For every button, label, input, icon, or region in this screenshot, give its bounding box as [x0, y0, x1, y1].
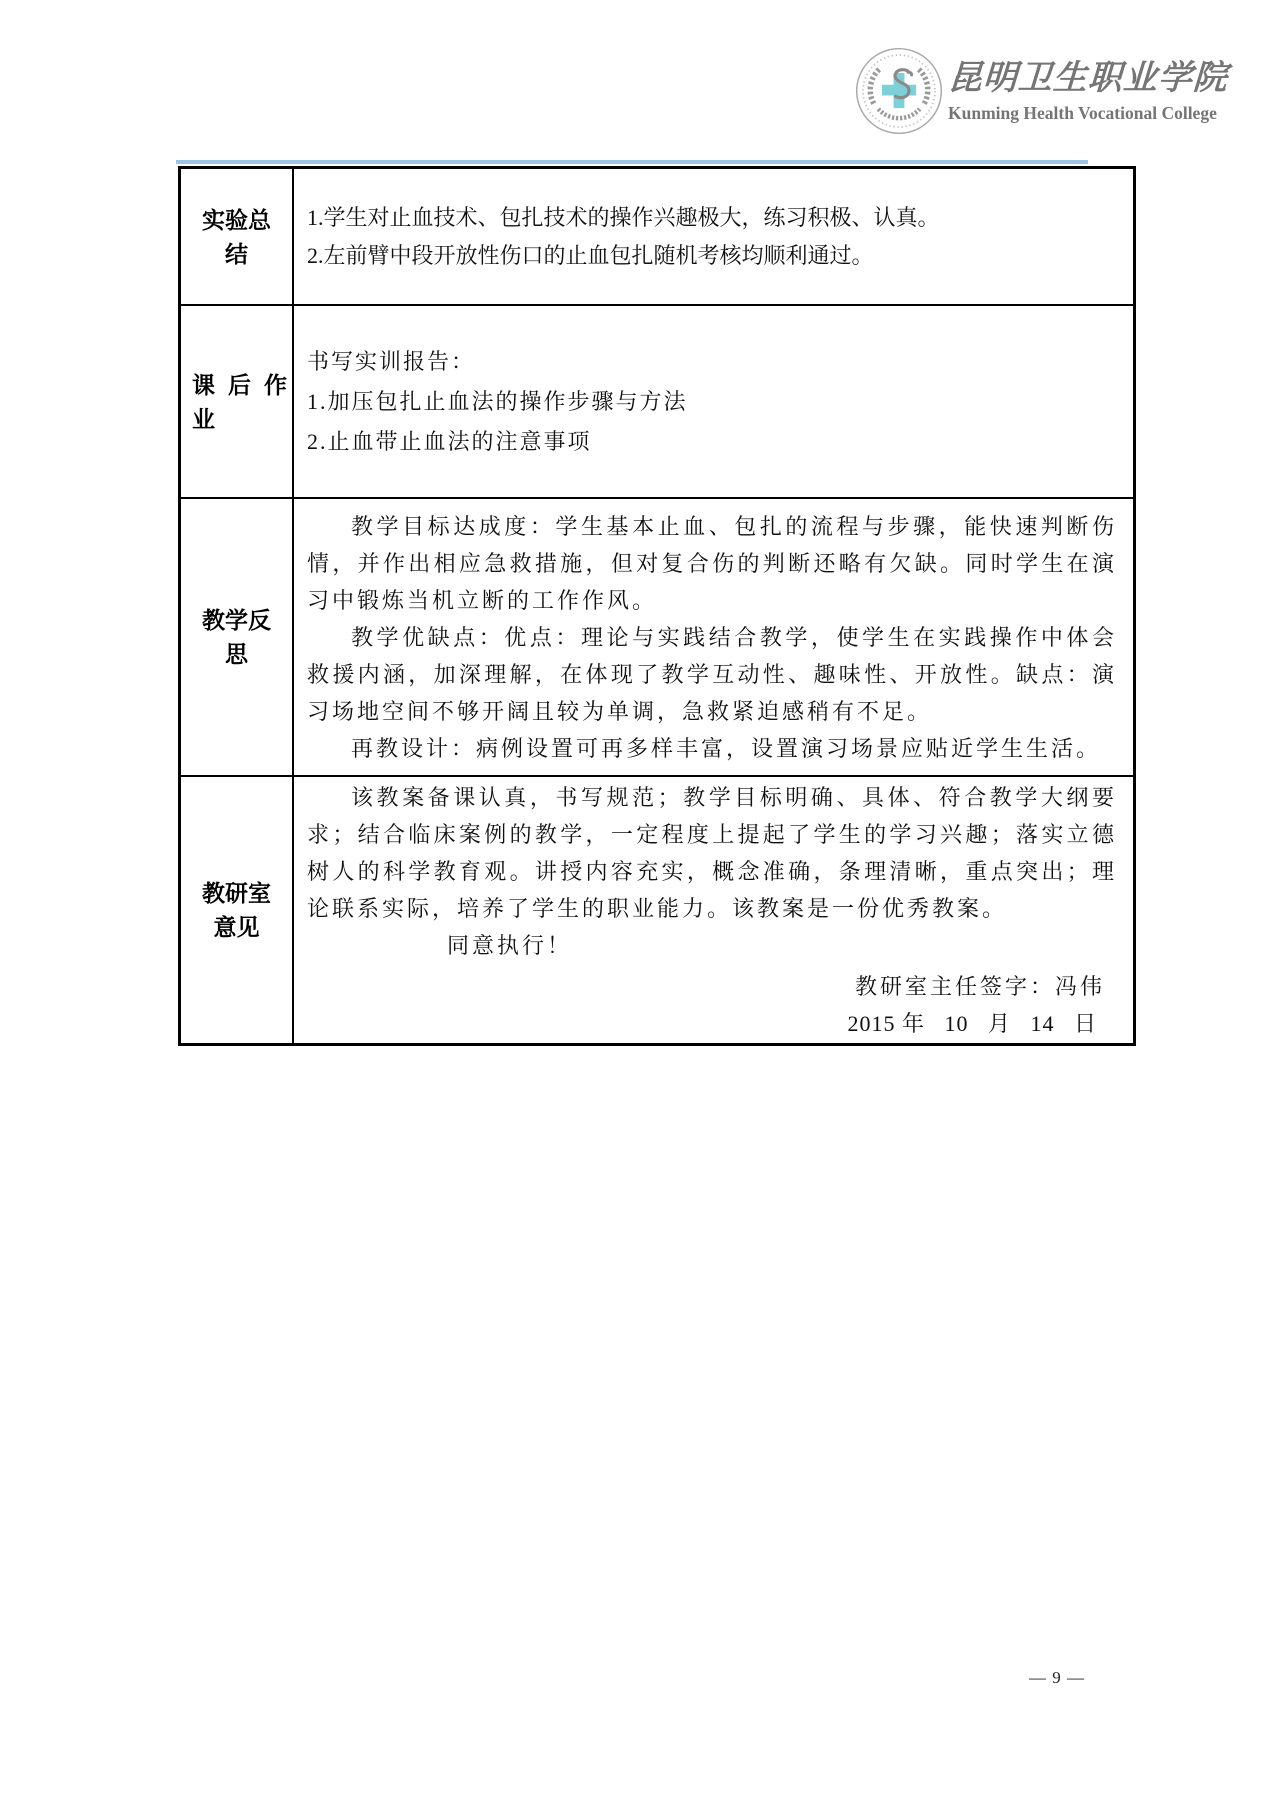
opinion-approval: 同意执行！ [307, 927, 1117, 964]
lesson-plan-table: 实验总 结 1.学生对止血技术、包扎技术的操作兴趣极大，练习积极、认真。 2.左… [178, 166, 1136, 1046]
label-line: 课后作 [192, 368, 300, 402]
row-office-opinion: 教研室 意见 该教案备课认真，书写规范；教学目标明确、具体、符合教学大纲要求；结… [181, 777, 1133, 1043]
document-page: 昆明卫生职业学院 Kunming Health Vocational Colle… [0, 0, 1274, 1801]
homework-intro: 书写实训报告： [307, 342, 1117, 382]
reflection-redesign: 再教设计：病例设置可再多样丰富，设置演习场景应贴近学生生活。 [307, 730, 1117, 767]
label-line: 教研室 [202, 876, 271, 910]
label-line: 意见 [214, 910, 260, 944]
summary-point-1: 1.学生对止血技术、包扎技术的操作兴趣极大，练习积极、认真。 [307, 199, 1117, 237]
label-line: 实验总 [202, 203, 271, 237]
label-line: 结 [225, 237, 248, 271]
opinion-comment: 该教案备课认真，书写规范；教学目标明确、具体、符合教学大纲要求；结合临床案例的教… [307, 779, 1117, 927]
signature-date: 2015 年 10 月 14 日 [307, 1005, 1117, 1042]
reflection-goal-achievement: 教学目标达成度：学生基本止血、包扎的流程与步骤，能快速判断伤情，并作出相应急救措… [307, 508, 1117, 619]
accent-underline [176, 160, 1088, 164]
row-homework: 课后作 业 书写实训报告： 1.加压包扎止血法的操作步骤与方法 2.止血带止血法… [181, 306, 1133, 499]
row-experiment-summary: 实验总 结 1.学生对止血技术、包扎技术的操作兴趣极大，练习积极、认真。 2.左… [181, 169, 1133, 306]
row-label-homework: 课后作 业 [181, 306, 294, 497]
homework-item-1: 1.加压包扎止血法的操作步骤与方法 [307, 382, 1117, 422]
seal-cross-icon [882, 73, 916, 108]
cell-office-opinion: 该教案备课认真，书写规范；教学目标明确、具体、符合教学大纲要求；结合临床案例的教… [294, 777, 1133, 1043]
row-label-experiment-summary: 实验总 结 [181, 169, 294, 304]
label-line: 思 [225, 637, 248, 671]
homework-item-2: 2.止血带止血法的注意事项 [307, 422, 1117, 462]
summary-point-2: 2.左前臂中段开放性伤口的止血包扎随机考核均顺利通过。 [307, 237, 1117, 275]
row-teaching-reflection: 教学反 思 教学目标达成度：学生基本止血、包扎的流程与步骤，能快速判断伤情，并作… [181, 499, 1133, 777]
row-label-teaching-reflection: 教学反 思 [181, 499, 294, 775]
label-line: 教学反 [202, 603, 271, 637]
college-name-block: 昆明卫生职业学院 Kunming Health Vocational Colle… [948, 56, 1233, 124]
cell-experiment-summary: 1.学生对止血技术、包扎技术的操作兴趣极大，练习积极、认真。 2.左前臂中段开放… [294, 169, 1133, 304]
page-number: — 9 — [1007, 1668, 1107, 1688]
college-seal-icon [853, 46, 945, 136]
cell-teaching-reflection: 教学目标达成度：学生基本止血、包扎的流程与步骤，能快速判断伤情，并作出相应急救措… [294, 499, 1133, 775]
college-name-english: Kunming Health Vocational College [948, 102, 1233, 124]
cell-homework: 书写实训报告： 1.加压包扎止血法的操作步骤与方法 2.止血带止血法的注意事项 [294, 306, 1133, 497]
college-name-chinese: 昆明卫生职业学院 [947, 56, 1234, 100]
row-label-office-opinion: 教研室 意见 [181, 777, 294, 1043]
reflection-pros-cons: 教学优缺点：优点：理论与实践结合教学，使学生在实践操作中体会救援内涵，加深理解，… [307, 619, 1117, 730]
label-line: 业 [192, 402, 215, 436]
director-signature: 教研室主任签字：冯伟 [307, 968, 1117, 1005]
